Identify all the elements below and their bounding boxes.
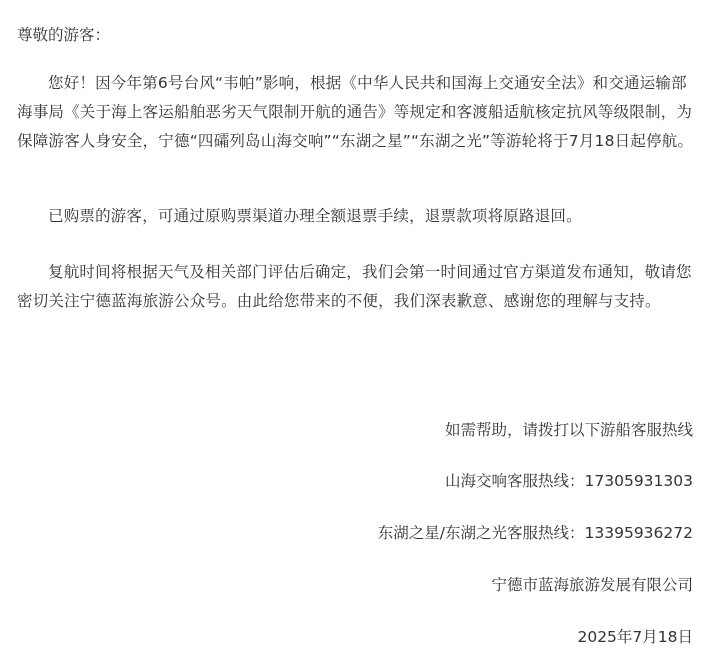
hotline-label: 东湖之星/东湖之光客服热线： [378,524,585,542]
help-line-text: 如需帮助，请拨打以下游船客服热线 [445,419,693,441]
hotline-number: 13395936272 [585,524,693,542]
notice-paragraph-refund: 已购票的游客，可通过原购票渠道办理全额退票手续，退票款项将原路退回。 [17,202,697,231]
hotline-number: 17305931303 [585,472,693,490]
salutation: 尊敬的游客： [17,24,110,46]
notice-paragraph-suspension: 您好！因今年第6号台风“韦帕”影响，根据《中华人民共和国海上交通安全法》和交通运… [17,69,697,156]
hotline-shanhai: 山海交响客服热线：17305931303 [445,470,693,492]
hotline-donghu: 东湖之星/东湖之光客服热线：13395936272 [378,522,693,544]
suspension-notice: 尊敬的游客： 您好！因今年第6号台风“韦帕”影响，根据《中华人民共和国海上交通安… [0,0,714,666]
hotline-label: 山海交响客服热线： [445,472,585,490]
issue-date: 2025年7月18日 [577,626,693,648]
notice-paragraph-resumption: 复航时间将根据天气及相关部门评估后确定，我们会第一时间通过官方渠道发布通知，敬请… [17,258,697,316]
issuer-name: 宁德市蓝海旅游发展有限公司 [491,574,693,596]
